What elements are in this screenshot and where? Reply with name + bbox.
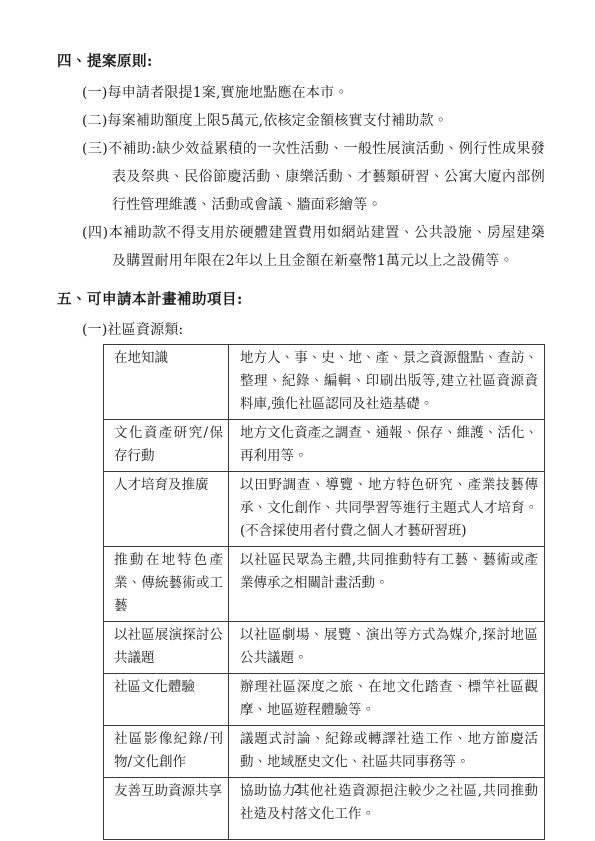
table-row: 以社區展演探討公共議題 以社區劇場、展覽、演出等方式為媒介,探討地區公共議題。	[104, 622, 545, 674]
table-cell-description: 以田野調查、導覽、地方特色研究、產業技藝傳承、文化創作、共同學習等進行主題式人才…	[229, 472, 545, 547]
section-4-title: 四、提案原則:	[57, 51, 545, 73]
principles-list: (一)每申請者限提1案,實施地點應在本市。 (二)每案補助額度上限5萬元,依核定…	[82, 79, 545, 275]
table-cell-description: 議題式討論、紀錄或轉譯社造工作、地方節慶活動、地域歷史文化、社區共同事務等。	[229, 726, 545, 778]
principle-item-2: (二)每案補助額度上限5萬元,依核定金額核實支付補助款。	[82, 107, 545, 135]
principle-item-1: (一)每申請者限提1案,實施地點應在本市。	[82, 79, 545, 107]
document-page: 四、提案原則: (一)每申請者限提1案,實施地點應在本市。 (二)每案補助額度上…	[0, 0, 595, 841]
section-5-title: 五、可申請本計畫補助項目:	[57, 289, 545, 311]
category-subtitle: (一)社區資源類:	[82, 318, 545, 342]
table-cell-item: 推動在地特色產業、傳統藝術或工藝	[104, 547, 229, 622]
table-cell-item: 在地知識	[104, 345, 229, 420]
table-cell-item: 以社區展演探討公共議題	[104, 622, 229, 674]
table-cell-description: 辦理社區深度之旅、在地文化踏查、標竿社區觀摩、地區遊程體驗等。	[229, 674, 545, 726]
table-cell-description: 以社區劇場、展覽、演出等方式為媒介,探討地區公共議題。	[229, 622, 545, 674]
table-row: 在地知識 地方人、事、史、地、產、景之資源盤點、查訪、整理、紀錄、編輯、印刷出版…	[104, 345, 545, 420]
table-cell-description: 以社區民眾為主體,共同推動特有工藝、藝術或產業傳承之相關計畫活動。	[229, 547, 545, 622]
section-proposal-principles: 四、提案原則: (一)每申請者限提1案,實施地點應在本市。 (二)每案補助額度上…	[57, 51, 545, 275]
table-cell-description: 地方文化資產之調查、通報、保存、維護、活化、再利用等。	[229, 420, 545, 472]
principle-item-3: (三)不補助:缺少效益累積的一次性活動、一般性展演活動、例行性成果發表及祭典、民…	[82, 135, 545, 219]
table-row: 社區影像紀錄/刊物/文化創作 議題式討論、紀錄或轉譯社造工作、地方節慶活動、地域…	[104, 726, 545, 778]
table-cell-item: 人才培育及推廣	[104, 472, 229, 547]
table-cell-item: 社區影像紀錄/刊物/文化創作	[104, 726, 229, 778]
table-row: 社區文化體驗 辦理社區深度之旅、在地文化踏查、標竿社區觀摩、地區遊程體驗等。	[104, 674, 545, 726]
subsidy-category-table: 在地知識 地方人、事、史、地、產、景之資源盤點、查訪、整理、紀錄、編輯、印刷出版…	[103, 344, 545, 840]
table-row: 人才培育及推廣 以田野調查、導覽、地方特色研究、產業技藝傳承、文化創作、共同學習…	[104, 472, 545, 547]
table-cell-description: 地方人、事、史、地、產、景之資源盤點、查訪、整理、紀錄、編輯、印刷出版等,建立社…	[229, 345, 545, 420]
table-cell-item: 社區文化體驗	[104, 674, 229, 726]
table-cell-item: 文化資產研究/保存行動	[104, 420, 229, 472]
section-subsidy-items: 五、可申請本計畫補助項目: (一)社區資源類: 在地知識 地方人、事、史、地、產…	[57, 289, 545, 840]
document-body: 四、提案原則: (一)每申請者限提1案,實施地點應在本市。 (二)每案補助額度上…	[0, 0, 595, 840]
principle-item-4: (四)本補助款不得支用於硬體建置費用如網站建置、公共設施、房屋建築及購置耐用年限…	[82, 219, 545, 275]
table-row: 推動在地特色產業、傳統藝術或工藝 以社區民眾為主體,共同推動特有工藝、藝術或產業…	[104, 547, 545, 622]
table-row: 文化資產研究/保存行動 地方文化資產之調查、通報、保存、維護、活化、再利用等。	[104, 420, 545, 472]
page-number: 2	[0, 782, 595, 796]
